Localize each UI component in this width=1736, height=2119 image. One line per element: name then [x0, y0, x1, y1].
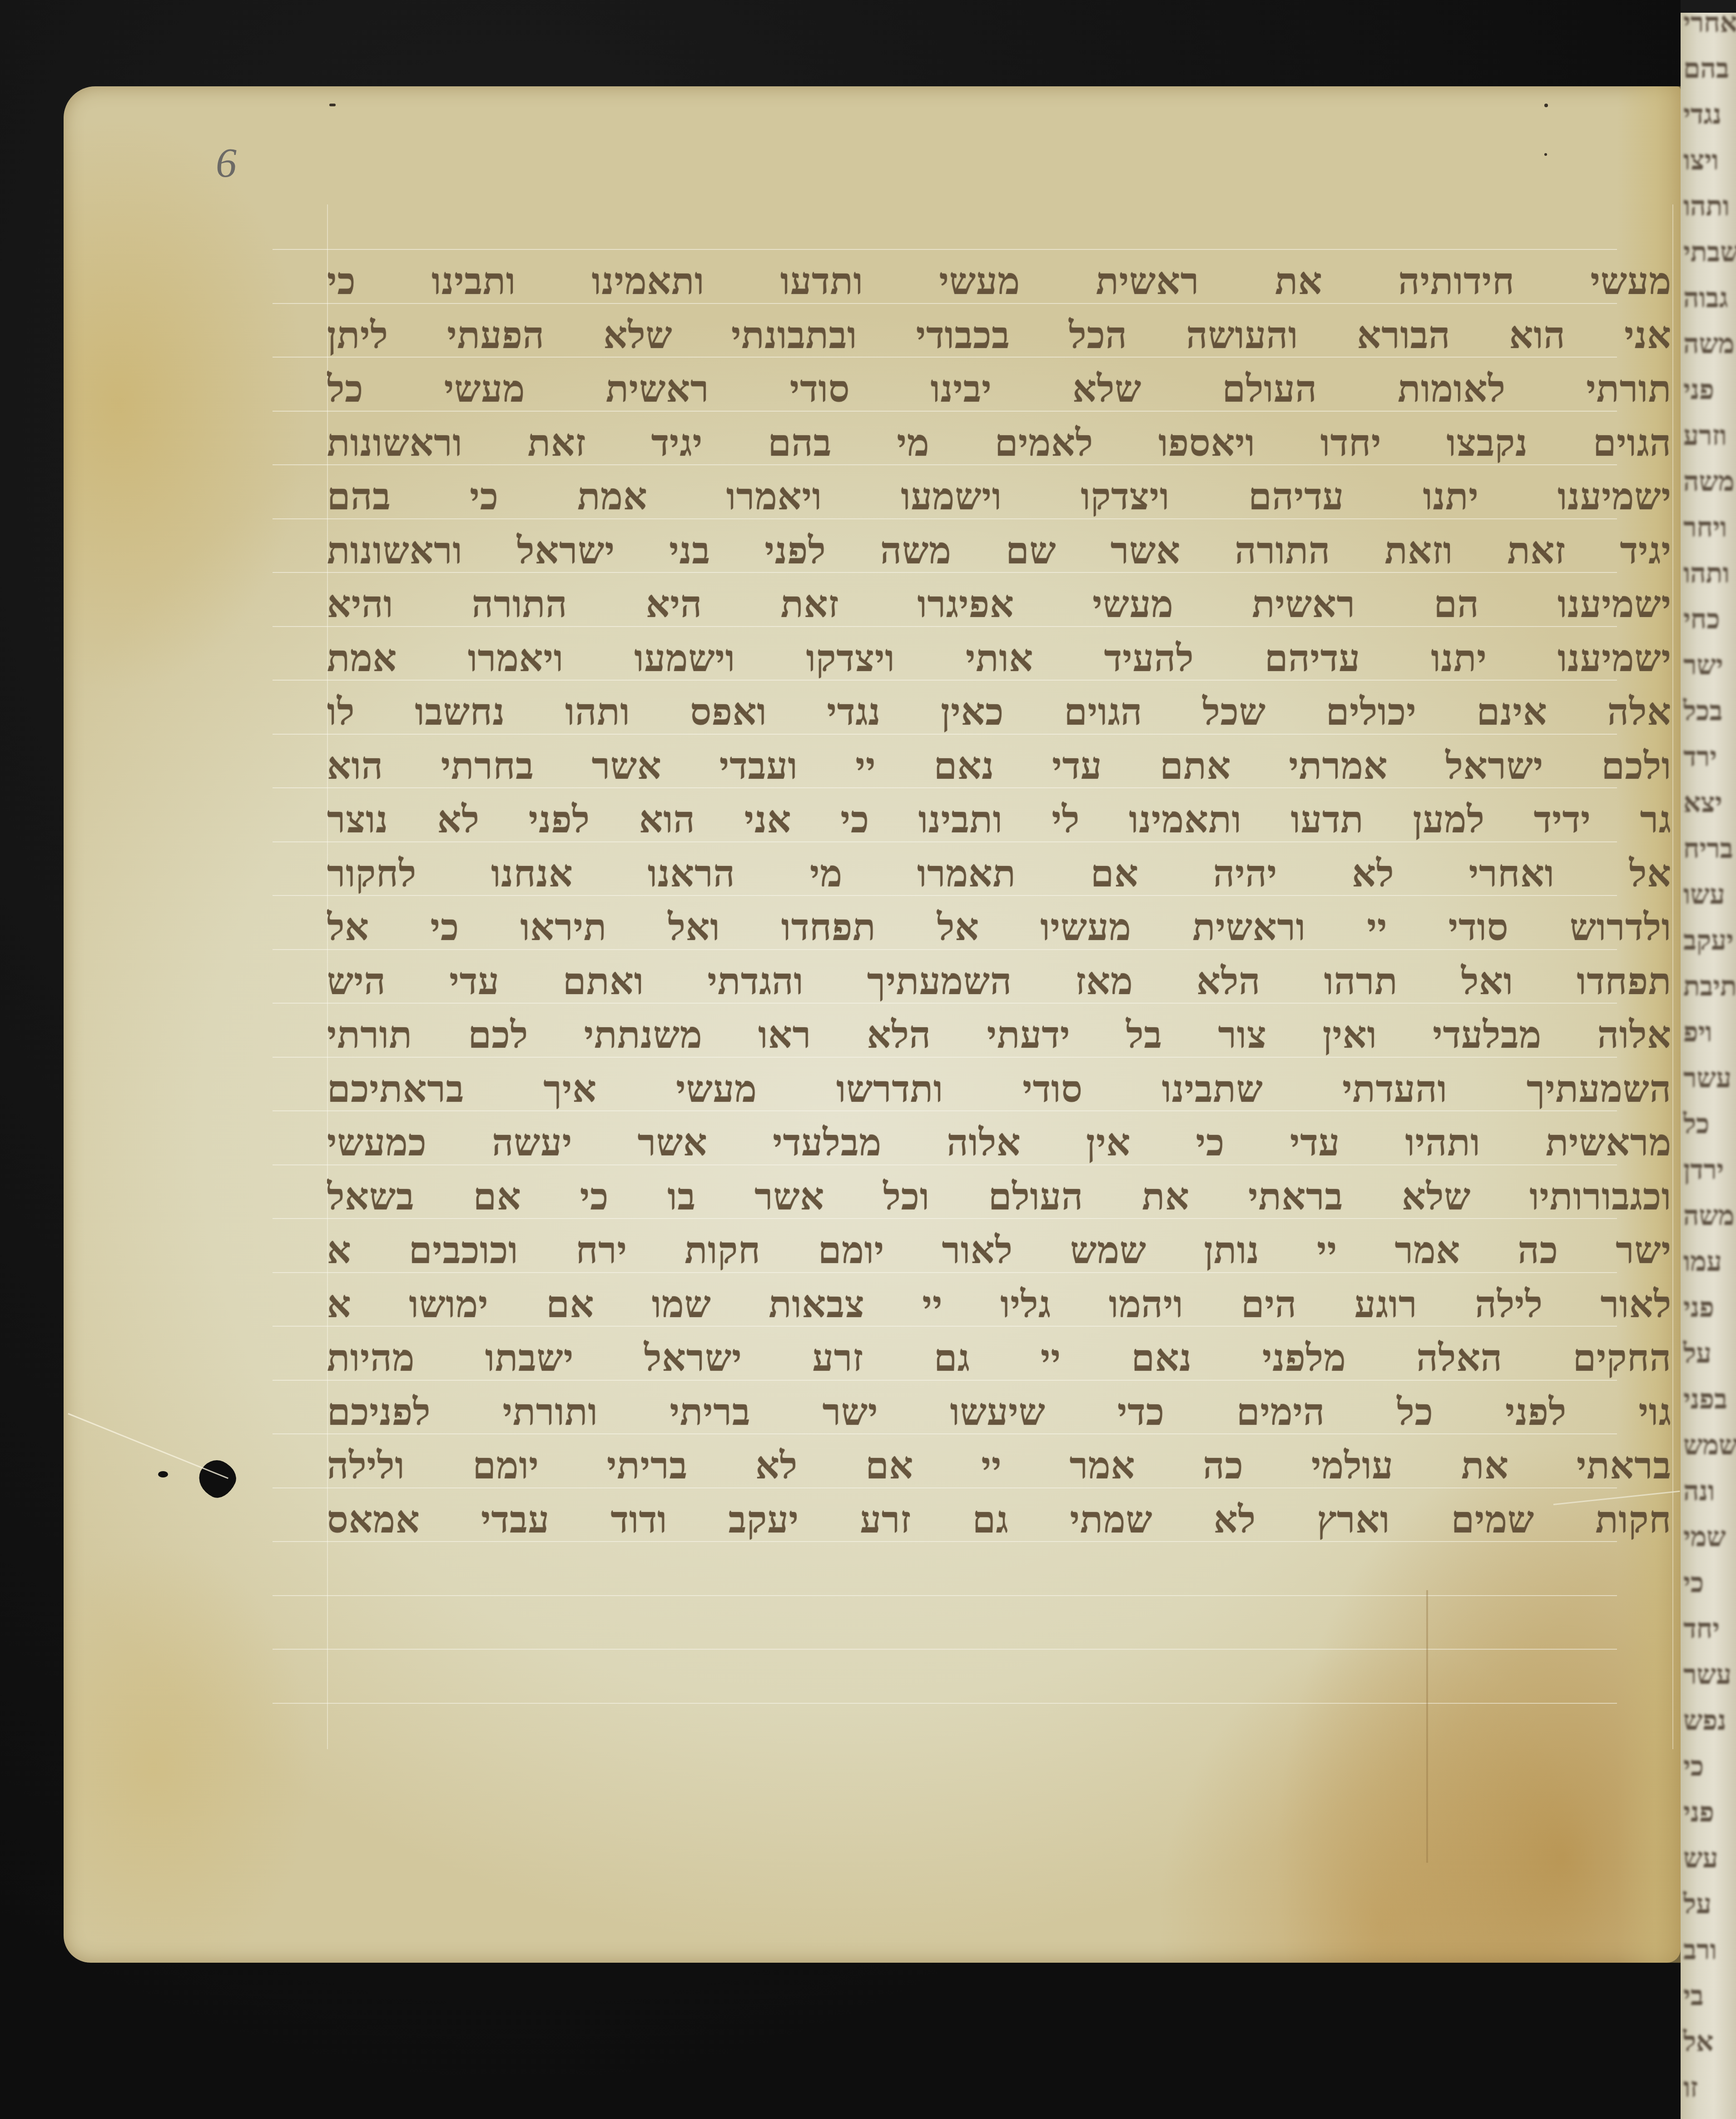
adjacent-text-line: עשר — [1683, 1055, 1736, 1101]
adjacent-text-line: בהם — [1683, 46, 1736, 92]
prick-mark — [329, 104, 336, 106]
adjacent-text-line: אחרי — [1683, 0, 1736, 46]
adjacent-text-line: ותהו — [1683, 551, 1736, 597]
text-line: גר ידיד למען תדעו ותאמינו לי ותבינו כי א… — [327, 793, 1672, 847]
adjacent-text-line: שבתי — [1683, 229, 1736, 275]
text-line: ישמיענו יתנו עדיהם ויצדקו וישמעו ויאמרו … — [327, 470, 1672, 524]
adjacent-page: אחריבהםנגדיויצוותהושבתיגבוהמשהפניוזרעמשה… — [1681, 0, 1736, 2119]
text-line: ולכם ישראל אמרתי אתם עדי נאם יי ועבדי אש… — [327, 739, 1672, 793]
text-line: הגוים נקבצו יחדו ויאספו לאמים מי בהם יגי… — [327, 416, 1672, 470]
adjacent-text-line: ויצו — [1683, 138, 1736, 184]
text-line: אלה אינם יכולים שכל הגוים כאין נגדי ואפס… — [327, 685, 1672, 739]
text-line — [327, 1547, 1672, 1601]
text-line: לאור לילה רוגע הים ויהמו גליו יי צבאות ש… — [327, 1278, 1672, 1332]
adjacent-text-line: נפש — [1683, 1698, 1736, 1744]
adjacent-text-line: אל — [1683, 2019, 1736, 2065]
text-line: חקות שמים וארץ לא שמתי גם זרע יעקב ודוד … — [327, 1493, 1672, 1547]
ruling-margin-right — [1672, 204, 1673, 1749]
main-text-block: מעשי חידותיה את ראשית מעשי ותדעו ותאמינו… — [327, 254, 1672, 1654]
adjacent-page-text: אחריבהםנגדיויצוותהושבתיגבוהמשהפניוזרעמשה… — [1683, 0, 1736, 2111]
text-line — [327, 1601, 1672, 1655]
adjacent-text-line: כחי — [1683, 597, 1736, 642]
adjacent-text-line: וזרע — [1683, 413, 1736, 459]
adjacent-text-line: על — [1683, 1331, 1736, 1377]
adjacent-text-line: ונה — [1683, 1468, 1736, 1514]
adjacent-text-line: ירד — [1683, 734, 1736, 780]
adjacent-text-line: כל — [1683, 1101, 1736, 1147]
adjacent-text-line: שמש — [1683, 1423, 1736, 1468]
adjacent-text-line: בכל — [1683, 688, 1736, 734]
adjacent-text-line: בריח — [1683, 826, 1736, 872]
adjacent-text-line: עשו — [1683, 872, 1736, 918]
text-line: תפחדו ואל תרהו הלא מאז השמעתיך והגדתי וא… — [327, 955, 1672, 1009]
adjacent-text-line: שמי — [1683, 1514, 1736, 1560]
adjacent-text-line: ויפ — [1683, 1010, 1736, 1055]
adjacent-text-line: יעקב — [1683, 918, 1736, 964]
adjacent-text-line: פני — [1683, 1790, 1736, 1835]
text-line: תורתי לאומות העולם שלא יבינו סודי ראשית … — [327, 362, 1672, 416]
adjacent-text-line: משה — [1683, 459, 1736, 505]
ruling-line — [273, 249, 1617, 250]
folio-number: 6 — [216, 139, 237, 187]
text-line: השמעתיך והעדתי שתבינו סודי ותדרשו מעשי א… — [327, 1062, 1672, 1116]
adjacent-text-line: זו — [1683, 2065, 1736, 2111]
adjacent-text-line: ורב — [1683, 1927, 1736, 1973]
text-line: אני הוא הבורא והעושה הכל בכבודי ובתבונתי… — [327, 308, 1672, 363]
text-line: ולדרוש סודי יי וראשית מעשיו אל תפחדו ואל… — [327, 900, 1672, 955]
text-line: ישמיענו יתנו עדיהם להעיד אותי ויצדקו ויש… — [327, 632, 1672, 686]
adjacent-text-line: ותהו — [1683, 184, 1736, 229]
text-line: אל ואחרי לא יהיה אם תאמרו מי הראנו אנחנו… — [327, 847, 1672, 901]
text-line: וכגבורותיו שלא בראתי את העולם וכל אשר בו… — [327, 1170, 1672, 1224]
adjacent-text-line: תיבת — [1683, 964, 1736, 1010]
adjacent-text-line: עמו — [1683, 1239, 1736, 1285]
adjacent-text-line: משה — [1683, 1193, 1736, 1239]
adjacent-text-line: ירדן — [1683, 1147, 1736, 1193]
prick-mark — [1544, 104, 1548, 107]
adjacent-text-line: יחד — [1683, 1606, 1736, 1652]
adjacent-text-line: פני — [1683, 1285, 1736, 1331]
adjacent-text-line: ויחר — [1683, 505, 1736, 551]
text-line: גוי לפני כל הימים כדי שיעשו ישר בריתי ות… — [327, 1385, 1672, 1439]
adjacent-text-line: בי — [1683, 1973, 1736, 2019]
adjacent-text-line: כי — [1683, 1560, 1736, 1606]
adjacent-text-line: יצא — [1683, 780, 1736, 826]
text-line: ישמיענו הם ראשית מעשי אפיגרו זאת היא התו… — [327, 577, 1672, 632]
parchment-hole-small — [158, 1471, 168, 1477]
text-line: ישר כה אמר יי נותן שמש לאור יומם חקות יר… — [327, 1224, 1672, 1278]
adjacent-text-line: משה — [1683, 321, 1736, 367]
prick-mark — [1544, 153, 1547, 156]
adjacent-text-line: ישר — [1683, 642, 1736, 688]
adjacent-text-line: על — [1683, 1881, 1736, 1927]
adjacent-text-line: עש — [1683, 1835, 1736, 1881]
adjacent-text-line: בפני — [1683, 1377, 1736, 1423]
text-line: יגיד זאת וזאת התורה אשר שם משה לפני בני … — [327, 524, 1672, 578]
text-line: אלוה מבלעדי ואין צור בל ידעתי הלא ראו מש… — [327, 1008, 1672, 1062]
text-line: מראשית ותהיו עדי כי אין אלוה מבלעדי אשר … — [327, 1116, 1672, 1170]
text-line: בראתי את עולמי כה אמר יי אם לא בריתי יומ… — [327, 1439, 1672, 1493]
adjacent-text-line: כי — [1683, 1744, 1736, 1790]
adjacent-text-line: גבוה — [1683, 275, 1736, 321]
adjacent-text-line: עשר — [1683, 1652, 1736, 1698]
adjacent-text-line: נגדי — [1683, 92, 1736, 138]
text-line: מעשי חידותיה את ראשית מעשי ותדעו ותאמינו… — [327, 254, 1672, 308]
ruling-line — [273, 1703, 1617, 1704]
text-line: החקים האלה מלפני נאם יי גם זרע ישראל ישב… — [327, 1331, 1672, 1385]
adjacent-text-line: פני — [1683, 367, 1736, 413]
